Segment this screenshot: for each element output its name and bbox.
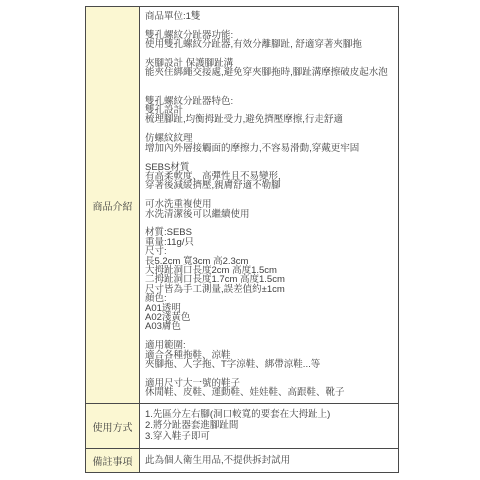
table-row-usage: 使用方式 1.先區分左右腳(洞口較寬的要套在大拇趾上) 2.將分趾器套進腳趾間 … (86, 403, 398, 448)
table-row-product-intro: 商品介紹 商品單位:1雙 雙孔螺紋分趾器功能: 使用雙孔螺紋分趾器,有效分離腳趾… (86, 7, 398, 403)
label-text-remarks: 備註事項 (93, 453, 133, 468)
table-row-remarks: 備註事項 此為個人衛生用品,不提供拆封試用 (86, 448, 398, 472)
product-spec-table: 商品介紹 商品單位:1雙 雙孔螺紋分趾器功能: 使用雙孔螺紋分趾器,有效分離腳趾… (85, 6, 399, 473)
label-text-usage: 使用方式 (93, 419, 133, 434)
label-cell-usage: 使用方式 (86, 404, 140, 448)
content-cell-usage: 1.先區分左右腳(洞口較寬的要套在大拇趾上) 2.將分趾器套進腳趾間 3.穿入鞋… (140, 404, 398, 448)
label-cell-remarks: 備註事項 (86, 449, 140, 472)
product-detail-page: 商品介紹 商品單位:1雙 雙孔螺紋分趾器功能: 使用雙孔螺紋分趾器,有效分離腳趾… (0, 0, 480, 480)
content-cell-remarks: 此為個人衛生用品,不提供拆封試用 (140, 449, 398, 472)
label-text-product-intro: 商品介紹 (93, 198, 133, 213)
content-cell-product-intro: 商品單位:1雙 雙孔螺紋分趾器功能: 使用雙孔螺紋分趾器,有效分離腳趾, 舒適穿… (140, 7, 398, 403)
label-cell-product-intro: 商品介紹 (86, 7, 140, 403)
